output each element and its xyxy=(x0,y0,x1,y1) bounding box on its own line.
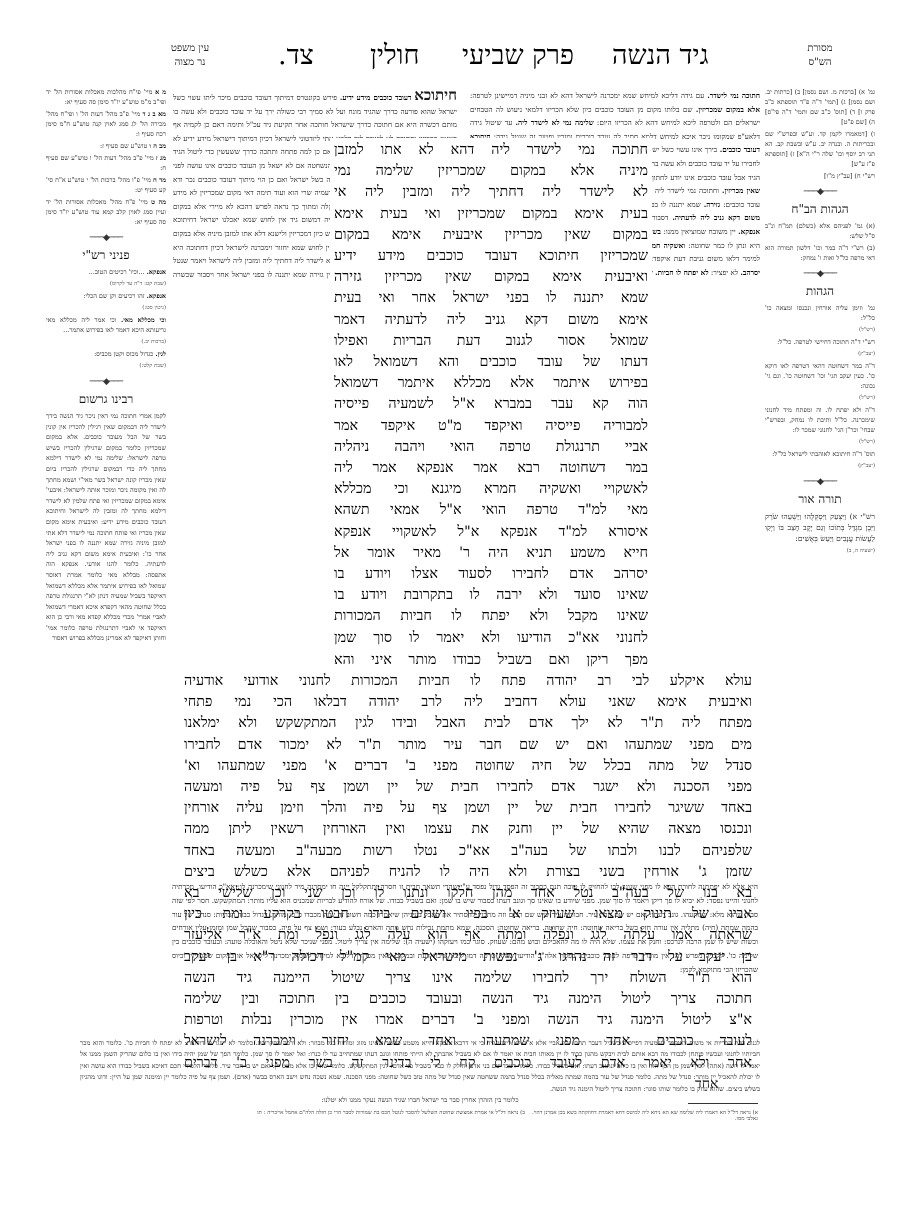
pninei-entry: אנפקא. ...וכיו' רכיטים הטוב... xyxy=(46,267,166,277)
entry-tag: מה ט xyxy=(151,198,166,206)
entry-source: (שבת קט: ד"ה עד לקרוס) xyxy=(46,279,166,289)
entry-tag: מב ה ו xyxy=(149,142,166,150)
gemara-line: בעית אימא במקום שמכריזין ואי בעית אימא xyxy=(334,204,648,225)
chapter-title: גיד הנשה xyxy=(612,40,709,71)
rashi-text: מותר. דגדול כבוד הבריות: xyxy=(213,910,286,919)
pninei-entry: וכי מכללא מאי. וכי אמר ליה מכללא מאי גרי… xyxy=(46,315,166,335)
pninei-entry: לגין. כגדול מכוס וקטן מכביס: xyxy=(46,349,166,359)
entry-source: (ברכות יב.) xyxy=(46,337,166,347)
ein-mishpat-entry: מה ט מיי' פ"ח מהל' מאכלות אסורות הל' יד … xyxy=(46,197,166,227)
ornament-divider-icon: ───◆─── xyxy=(46,377,166,387)
rashi-text: שעוזק. סוגר כמו ויעזקהו (ישעיה ה): xyxy=(403,937,507,946)
gemara-wide-block-2: עולא איקלע לבי רב יהודה פתח לו חביות המכ… xyxy=(184,671,752,1074)
gemara-line: דעתו של עובד כוכבים והא דשמואל לאו xyxy=(334,352,648,373)
entry-text: מיי' פ"ו מהל' ברכות הל' י טוש"ע א"ח סי' … xyxy=(46,176,166,194)
left-margin-column: מ א מיי' פי"ח מהלכות מאכלות אסורות הל' י… xyxy=(46,87,166,646)
gemara-line: שמכריזין חיתוכא דעובד כוכבים מידע ידיע xyxy=(334,246,648,267)
pninei-entry: אנפקא. זהו רכיעים וקן שם הכלי: xyxy=(46,291,166,301)
torah-or-title: תורה אור xyxy=(765,491,875,507)
hagahot-entry: תוס' ד"ה חיתוכא לאוהבתי לישראל כל"ל: xyxy=(765,449,875,459)
gemara-line: שמואל אסור לגנוב דעת הבריות ואפילו xyxy=(334,331,648,352)
ein-mishpat-label-line2: נר מצוה xyxy=(150,56,230,70)
gemara-line: א"צ ליטול הימנה גיד הנשה ומפני ב' דברים … xyxy=(184,1010,752,1031)
ein-mishpat-label-line1: עין משפט xyxy=(150,42,230,56)
entry-head: וכי מכללא מאי. xyxy=(121,316,166,324)
page-header: עין משפט נר מצוה צד. חולין פרק שביעי גיד… xyxy=(0,36,914,86)
gershom-bottom-last-line: כלומר בין הזהרן אחרין סבר בר ישראל חברו … xyxy=(80,1095,760,1106)
gershom-bottom-block: לגנוב דעת הבריות אי משום דאיקפד לשמעיה ד… xyxy=(80,1038,760,1106)
rashi-text: שמתעהו. גונב דעתו: xyxy=(649,910,707,919)
hagahot-source: (יעב"ץ) xyxy=(765,461,875,471)
rabbeinu-gershom-title: רבינו גרשום xyxy=(46,391,166,407)
rashi-text: לא יפציר: xyxy=(711,268,738,277)
torah-or-source: (ישעיה ה, ב) xyxy=(765,546,875,556)
ornament-divider-icon: ───◆─── xyxy=(765,477,875,487)
gemara-line: לא לישדר ליה דחתיך ליה ומזבין ליה אי xyxy=(334,182,648,203)
gemara-line: אביי תרנגולת טרפה הואי ויהבה ניהליה xyxy=(334,437,648,458)
entry-source: (גיטין סט:) xyxy=(46,303,166,313)
rashi-heading: אלא במקום שמכריזין. xyxy=(696,105,760,114)
gemara-line: אימא משום דקא גניב ליה לדעתיה דאמר xyxy=(334,310,648,331)
gemara-line: לאשקויי ואשקיה חמרא מיגנא וכי מכללא xyxy=(334,479,648,500)
gemara-line: מפך ריקן ואם בשביל כבודו מותר איני והא xyxy=(184,650,648,671)
rashi-text: אין מוכרין טרפה לעובד כוכבים. בפסח אלה"כ… xyxy=(172,951,758,974)
entry-text: מיי' פ"ב מהל' דעות הל' ו טוש"ע שם סעיף ח… xyxy=(46,154,166,172)
gemara-line: חתוכה צריך ליטול הימנה גיד הנשה ובעובד כ… xyxy=(184,989,752,1010)
gemara-line: למבוריה פייסיה ואיקפד מ"ט איקפד אמר xyxy=(334,416,648,437)
rashi-heading: לא יפתח לו חביות. xyxy=(655,268,708,277)
rashi-text: שלימה אין צריך ליטול. מפני שניכר שלא ניט… xyxy=(225,937,401,946)
gemara-line: שאינו סועד ולא ירבה לו בתקרובת ויודע בו xyxy=(334,585,648,606)
gemara-line: ונכנסו מצאה שהיא של יין וחנק את עצמו ואי… xyxy=(184,819,752,840)
entry-text: מיי' פ"ח מהל' מאכלות אסורות הל' יד ועיין… xyxy=(46,198,166,226)
rashi-text: חיה שחוטה. בריאה שחוטה: xyxy=(497,923,578,932)
entry-head: אנפקא. xyxy=(147,292,166,300)
entry-text: מיי' פי"ח מהלכות מאכלות אסורות הל' יד ופ… xyxy=(46,88,166,106)
rashi-text: ואם יש שם חבר עיר. חבורות עיר שיש שם רבי… xyxy=(289,910,647,919)
ornament-divider-icon: ───◆─── xyxy=(765,269,875,279)
gemara-line: עולא איקלע לבי רב יהודה פתח לו חביות המכ… xyxy=(184,671,752,692)
gemara-line: יסרהב אדם לחבירו לסעוד אצלו ויודע בו xyxy=(334,564,648,585)
ein-mishpat-entry: מד ח מיי' פ"ו מהל' ברכות הל' י טוש"ע א"ח… xyxy=(46,175,166,195)
mesoret-label-line1: מסורת xyxy=(790,42,850,56)
mesoret-label: מסורת הש"ס xyxy=(790,42,850,70)
torah-or-text: רש"י א) וַיִּצְעַק וַיִּסְקְלֻהוּ וַיַּש… xyxy=(765,511,875,544)
entry-head: אנפקא. xyxy=(147,268,166,276)
gemara-wide-block-1: מפך ריקן ואם בשביל כבודו מותר איני והא xyxy=(184,650,648,671)
rashi-text: לא יביא לו פך ריקן ויאמר לו סוך שמן. מפנ… xyxy=(439,896,704,905)
gemara-line: הוה קא עבר במברא א"ל לשמעיה פייסיה xyxy=(334,394,648,415)
ein-mishpat-label: עין משפט נר מצוה xyxy=(150,42,230,70)
entry-tag: מא ב ג ד xyxy=(142,110,166,118)
hagahot-source: (יעב"ץ) xyxy=(765,349,875,359)
rashi-heading: חתוכה נמי לישדר. xyxy=(707,91,760,100)
gemara-line: מיניה אלא במקום שמכריזין שלימה נמי xyxy=(334,161,648,182)
pninei-rashi-title: פניני רש"י xyxy=(46,247,166,263)
rashi-heading: משום דקא גניב ליה לדעתיה. xyxy=(672,213,760,222)
page-number: צד. xyxy=(278,40,314,71)
ein-mishpat-entry: מג ז מיי' פ"ב מהל' דעות הל' ו טוש"ע שם ס… xyxy=(46,153,166,173)
gershom-bottom-text: לגנוב דעת הבריות אי משום דאיקפד לשמעיה ד… xyxy=(80,1039,760,1093)
rashi-text: יין משובח שמוציאין ממנו: xyxy=(663,227,735,236)
gemara-line: סנדל של מתה בכלל של חיה שחוטה מפני ב' דב… xyxy=(184,756,752,777)
gemara-line: ואיבעית אימא שאני עולא דחביב ליה לרב יהו… xyxy=(184,692,752,713)
gemara-line: שמא יתננה לו בפני ישראל אחר ואי בעית xyxy=(334,288,648,309)
footnotes-block: א) נראה דל"ל הא דאמרו ליה שלימה שא הא ני… xyxy=(250,1110,758,1122)
gemara-line: שאינו מקבל ולא יפתח לו חביות המכורות xyxy=(334,606,648,627)
perek-title: פרק שביעי xyxy=(462,40,574,71)
ornament-divider-icon: ───◆─── xyxy=(765,187,875,197)
tosafot-lead-rest: דעובד כוכבים מידע ידיע. xyxy=(340,93,412,102)
gemara-line: במקום שאין מכריזין איבעית אימא במקום xyxy=(334,225,648,246)
entry-text: ...וכיו' רכיטים הטוב... xyxy=(89,268,145,276)
tosafot-lead-word: חיתוכא xyxy=(414,86,457,104)
hagahot-entry: ד"ה במר דשחוטה דהאי דטרפה לאו דוקא כו'. … xyxy=(765,361,875,391)
bach-entry: (ב) רש"י ד"ה במר וכו' דלשון תמורה הוא דא… xyxy=(765,243,875,263)
tractate-title: חולין xyxy=(370,40,419,71)
gemara-line: באחד ששיגר לחבירו חבית של יין ושמן צף על… xyxy=(184,798,752,819)
hagahot-source: (רש"ל) xyxy=(765,437,875,447)
rashi-heading: אנפקא. xyxy=(738,227,760,236)
rashi-heading: גזירה. xyxy=(704,200,720,209)
gemara-line: מאי למ"ד טרפה הואי א"ל אמאי תשהא xyxy=(334,500,648,521)
gemara-line: במר דשחוטה רבא אמר אנפקא אמר ליה xyxy=(334,458,648,479)
hagahot-entry: גמ' וזימן עליה אורחין ונכנסו ומצאה כו' כ… xyxy=(765,303,875,323)
rashi-heading: שלימה נמי לא לישדר ליה. xyxy=(516,118,594,127)
gemara-line: חייא משמע תניא היה ר' מאיר אומר אל xyxy=(334,543,648,564)
entry-tag: מג ז xyxy=(156,154,166,162)
right-margin-column: גמ' א) [ברכות מ. ושם נסמן] ב) [כרתות יב.… xyxy=(765,87,875,558)
mesoret-label-line2: הש"ס xyxy=(790,56,850,70)
rabbeinu-gershom-text: לקמן אמרי חתוכה נמי דאין ניכר גיד הנשה ב… xyxy=(46,411,166,644)
entry-source: (שבת קלט:) xyxy=(46,361,166,371)
entry-tag: מ א xyxy=(155,88,166,96)
ornament-divider-icon: ───◆─── xyxy=(46,233,166,243)
gemara-line: מים מפני שמתעהו ואם יש שם חבר עיר מותר ת… xyxy=(184,735,752,756)
hagahot-source: (רש"ל) xyxy=(765,393,875,403)
gemara-line: בפירוש איתמר אלא מכללא איתמר דשמואל xyxy=(334,373,648,394)
entry-tag: מד ח xyxy=(153,176,166,184)
entry-text: כגדול מכוס וקטן מכביס: xyxy=(94,350,153,358)
ein-mishpat-entry: מא ב ג ד מיי' פ"ב מהל' דעות הל' ו ופי"ח … xyxy=(46,109,166,139)
gemara-line: חתוכה נמי לישדר ליה דהא לא אתו למזבן xyxy=(334,140,648,161)
rashi-text: הסכנה. שמא מתמת נבילות נחש מתה והארס נבל… xyxy=(331,923,495,932)
bach-entry: (א) גמ' לפניהם אלא (כשלם) תמ"ח ונ"ב ס"ל … xyxy=(765,221,875,241)
gemara-line: ואיבעית אימא במקום שאין מכריזין גזירה xyxy=(334,267,648,288)
ein-mishpat-entry: מ א מיי' פי"ח מהלכות מאכלות אסורות הל' י… xyxy=(46,87,166,107)
footnote-divider xyxy=(688,1103,758,1104)
mesoret-entry: רש"י ח) [עב"ץ מ"ו] xyxy=(765,171,875,181)
hagahot-title: הגהות xyxy=(765,283,875,299)
hagahot-habach-title: הגהות הב"ח xyxy=(765,201,875,217)
entry-text: טוש"ע שם סעיף ז: xyxy=(100,142,147,150)
hagahot-entry: ד"ה ולא יפתח לו. וה ומפתח מיד לחנוני שימ… xyxy=(765,405,875,435)
gemara-line: לחנוני אא"כ הודיעו ולא יאמר לו סוך שמן xyxy=(334,628,648,649)
rashi-text: וחנק את עצמו. שלא היה לו מה להאכילם ובוש… xyxy=(510,937,662,946)
mesoret-entry: גמ' א) [ברכות מ. ושם נסמן] ב) [כרתות יב.… xyxy=(765,87,875,127)
entry-text: זהו רכיעים וקן שם הכלי: xyxy=(83,292,144,300)
rashi-text: היא אלא לא יפתתנה לחורת הכא לו מפני שגונ… xyxy=(238,882,758,891)
rashi-text: עם גידה דליכא למיחש שמא ימכרנה לישראל דה… xyxy=(470,91,704,100)
rashi-text: ואם בשביל כבודו. של אורח להודיע לבריות ש… xyxy=(248,896,437,905)
ein-mishpat-entry: מב ה ו טוש"ע שם סעיף ז: xyxy=(46,141,166,151)
footnote: א) נראה דל"ל הא דאמרו ליה שלימה שא הא ני… xyxy=(532,1110,758,1116)
gemara-line: שלפניהם לבנו ולבתו של בעה"ב אא"כ נטלו רש… xyxy=(184,841,752,862)
gemara-line: מפני הסכנה ולא ישגר אדם לחבירו חבית של י… xyxy=(184,777,752,798)
gemara-line: מפתח ליה ת"ר לא ילך אדם לבית האבל ובידו … xyxy=(184,713,752,734)
gemara-line: איסורא למ"ד אנפקא א"ל לאשקויי אנפקא xyxy=(334,522,648,543)
hagahot-entry: רש"י ד"ה חתוכה דחיישי לטרפה. כל"ל: xyxy=(765,337,875,347)
mesoret-entry: ו) [דמאמרו לקמן קד. וע"ש ובפרש"י שם ובכר… xyxy=(765,129,875,169)
hagahot-source: (רש"ל) xyxy=(765,325,875,335)
rashi-bottom-continuation: היא אלא לא יפתתנה לחורת הכא לו מפני שגונ… xyxy=(172,880,758,977)
entry-head: לגין. xyxy=(155,350,166,358)
gemara-narrow-block: חתוכה נמי לישדר ליה דהא לא אתו למזבן מינ… xyxy=(334,140,648,649)
